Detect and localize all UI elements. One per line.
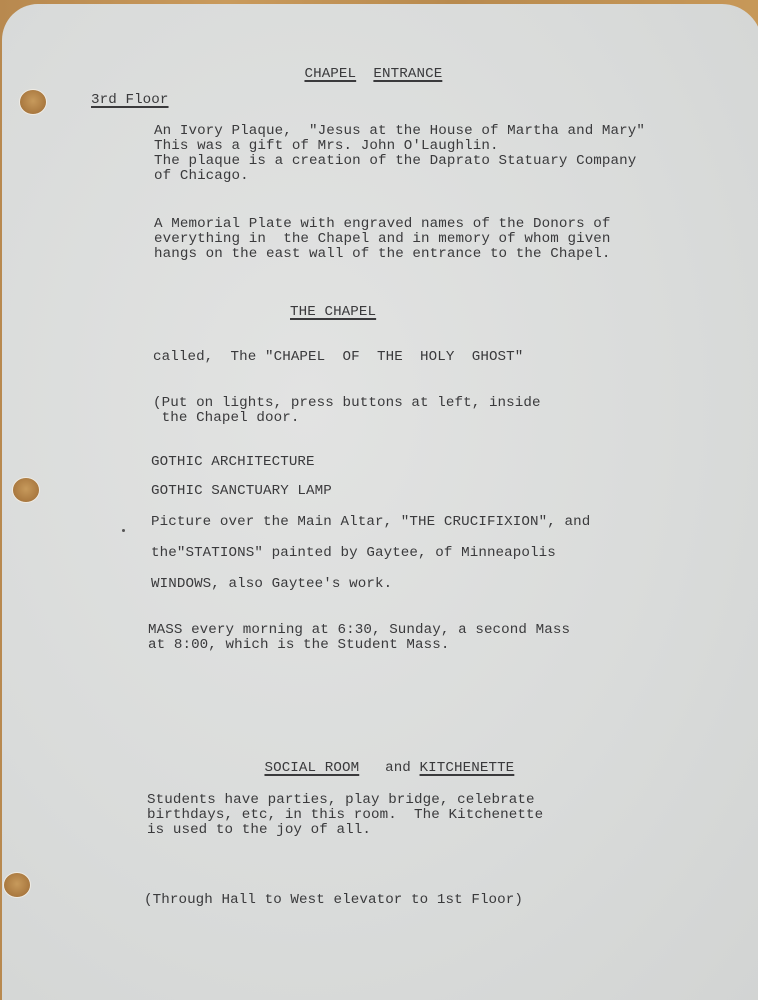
feature-item: GOTHIC SANCTUARY LAMP (151, 484, 332, 499)
social-heading: SOCIAL ROOM and KITCHENETTE (230, 746, 514, 791)
chapel-name-line: called, The "CHAPEL OF THE HOLY GHOST" (153, 350, 523, 365)
feature-item: WINDOWS, also Gaytee's work. (151, 577, 392, 592)
chapel-heading: THE CHAPEL (290, 305, 376, 320)
feature-item: GOTHIC ARCHITECTURE (151, 455, 315, 470)
mass-paragraph: MASS every morning at 6:30, Sunday, a se… (148, 623, 570, 653)
social-heading-part2: KITCHENETTE (420, 760, 515, 776)
paragraph-line: A Memorial Plate with engraved names of … (154, 217, 611, 232)
document-body: CHAPEL ENTRANCE 3rd Floor An Ivory Plaqu… (0, 0, 758, 1000)
social-heading-joiner: and (385, 760, 411, 776)
paragraph-line: An Ivory Plaque, "Jesus at the House of … (154, 124, 645, 139)
paragraph-line: birthdays, etc, in this room. The Kitche… (147, 808, 543, 823)
directions-note: (Through Hall to West elevator to 1st Fl… (144, 893, 523, 908)
paragraph-line: Students have parties, play bridge, cele… (147, 793, 543, 808)
page-title-word-1: CHAPEL (304, 66, 356, 82)
paragraph-line: This was a gift of Mrs. John O'Laughlin. (154, 139, 645, 154)
social-heading-part1: SOCIAL ROOM (264, 760, 359, 776)
floor-heading: 3rd Floor (91, 93, 169, 108)
lights-note: (Put on lights, press buttons at left, i… (153, 396, 541, 426)
paragraph-line: at 8:00, which is the Student Mass. (148, 638, 570, 653)
social-paragraph: Students have parties, play bridge, cele… (147, 793, 543, 838)
paragraph-line: (Put on lights, press buttons at left, i… (153, 396, 541, 411)
paragraph-line: The plaque is a creation of the Daprato … (154, 154, 645, 169)
feature-item: Picture over the Main Altar, "THE CRUCIF… (151, 515, 590, 530)
paragraph-line: hangs on the east wall of the entrance t… (154, 247, 611, 262)
page-title: CHAPEL ENTRANCE (270, 52, 442, 97)
paragraph-line: MASS every morning at 6:30, Sunday, a se… (148, 623, 570, 638)
plaque-paragraph: An Ivory Plaque, "Jesus at the House of … (154, 124, 645, 184)
paragraph-line: everything in the Chapel and in memory o… (154, 232, 611, 247)
feature-item: the"STATIONS" painted by Gaytee, of Minn… (151, 546, 556, 561)
paragraph-line: is used to the joy of all. (147, 823, 543, 838)
memorial-paragraph: A Memorial Plate with engraved names of … (154, 217, 611, 262)
paragraph-line: of Chicago. (154, 169, 645, 184)
page-title-word-2: ENTRANCE (373, 66, 442, 82)
paragraph-line: the Chapel door. (153, 411, 541, 426)
